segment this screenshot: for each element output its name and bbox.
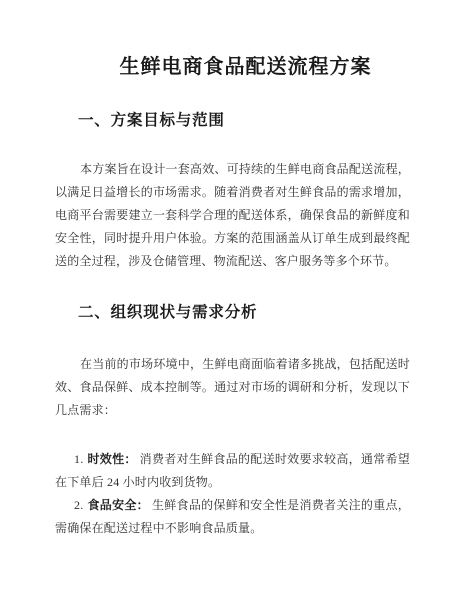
list-item-label: 时效性： <box>87 452 136 466</box>
list-item-timeliness: 1.时效性：消费者对生鲜食品的配送时效要求较高，通常希望在下单后 24 小时内收… <box>55 448 410 494</box>
list-item-label: 食品安全： <box>87 498 149 512</box>
document-title: 生鲜电商食品配送流程方案 <box>55 55 410 80</box>
document-viewport: { "document": { "title": "生鲜电商食品配送流程方案",… <box>0 0 463 600</box>
list-item-food-safety: 2.食品安全：生鲜食品的保鲜和安全性是消费者关注的重点，需确保在配送过程中不影响… <box>55 494 410 540</box>
document-page: 生鲜电商食品配送流程方案 一、方案目标与范围 本方案旨在设计一套高效、可持续的生… <box>0 0 463 600</box>
section-2-paragraph: 在当前的市场环境中，生鲜电商面临着诸多挑战，包括配送时效、食品保鲜、成本控制等。… <box>55 353 410 422</box>
requirements-list: 1.时效性：消费者对生鲜食品的配送时效要求较高，通常希望在下单后 24 小时内收… <box>55 448 410 540</box>
list-item-number: 1. <box>74 452 83 466</box>
section-1-heading: 一、方案目标与范围 <box>78 112 410 129</box>
section-2-heading: 二、组织现状与需求分析 <box>78 304 410 321</box>
list-item-number: 2. <box>74 498 83 512</box>
section-1-paragraph: 本方案旨在设计一套高效、可持续的生鲜电商食品配送流程，以满足日益增长的市场需求。… <box>55 158 410 273</box>
